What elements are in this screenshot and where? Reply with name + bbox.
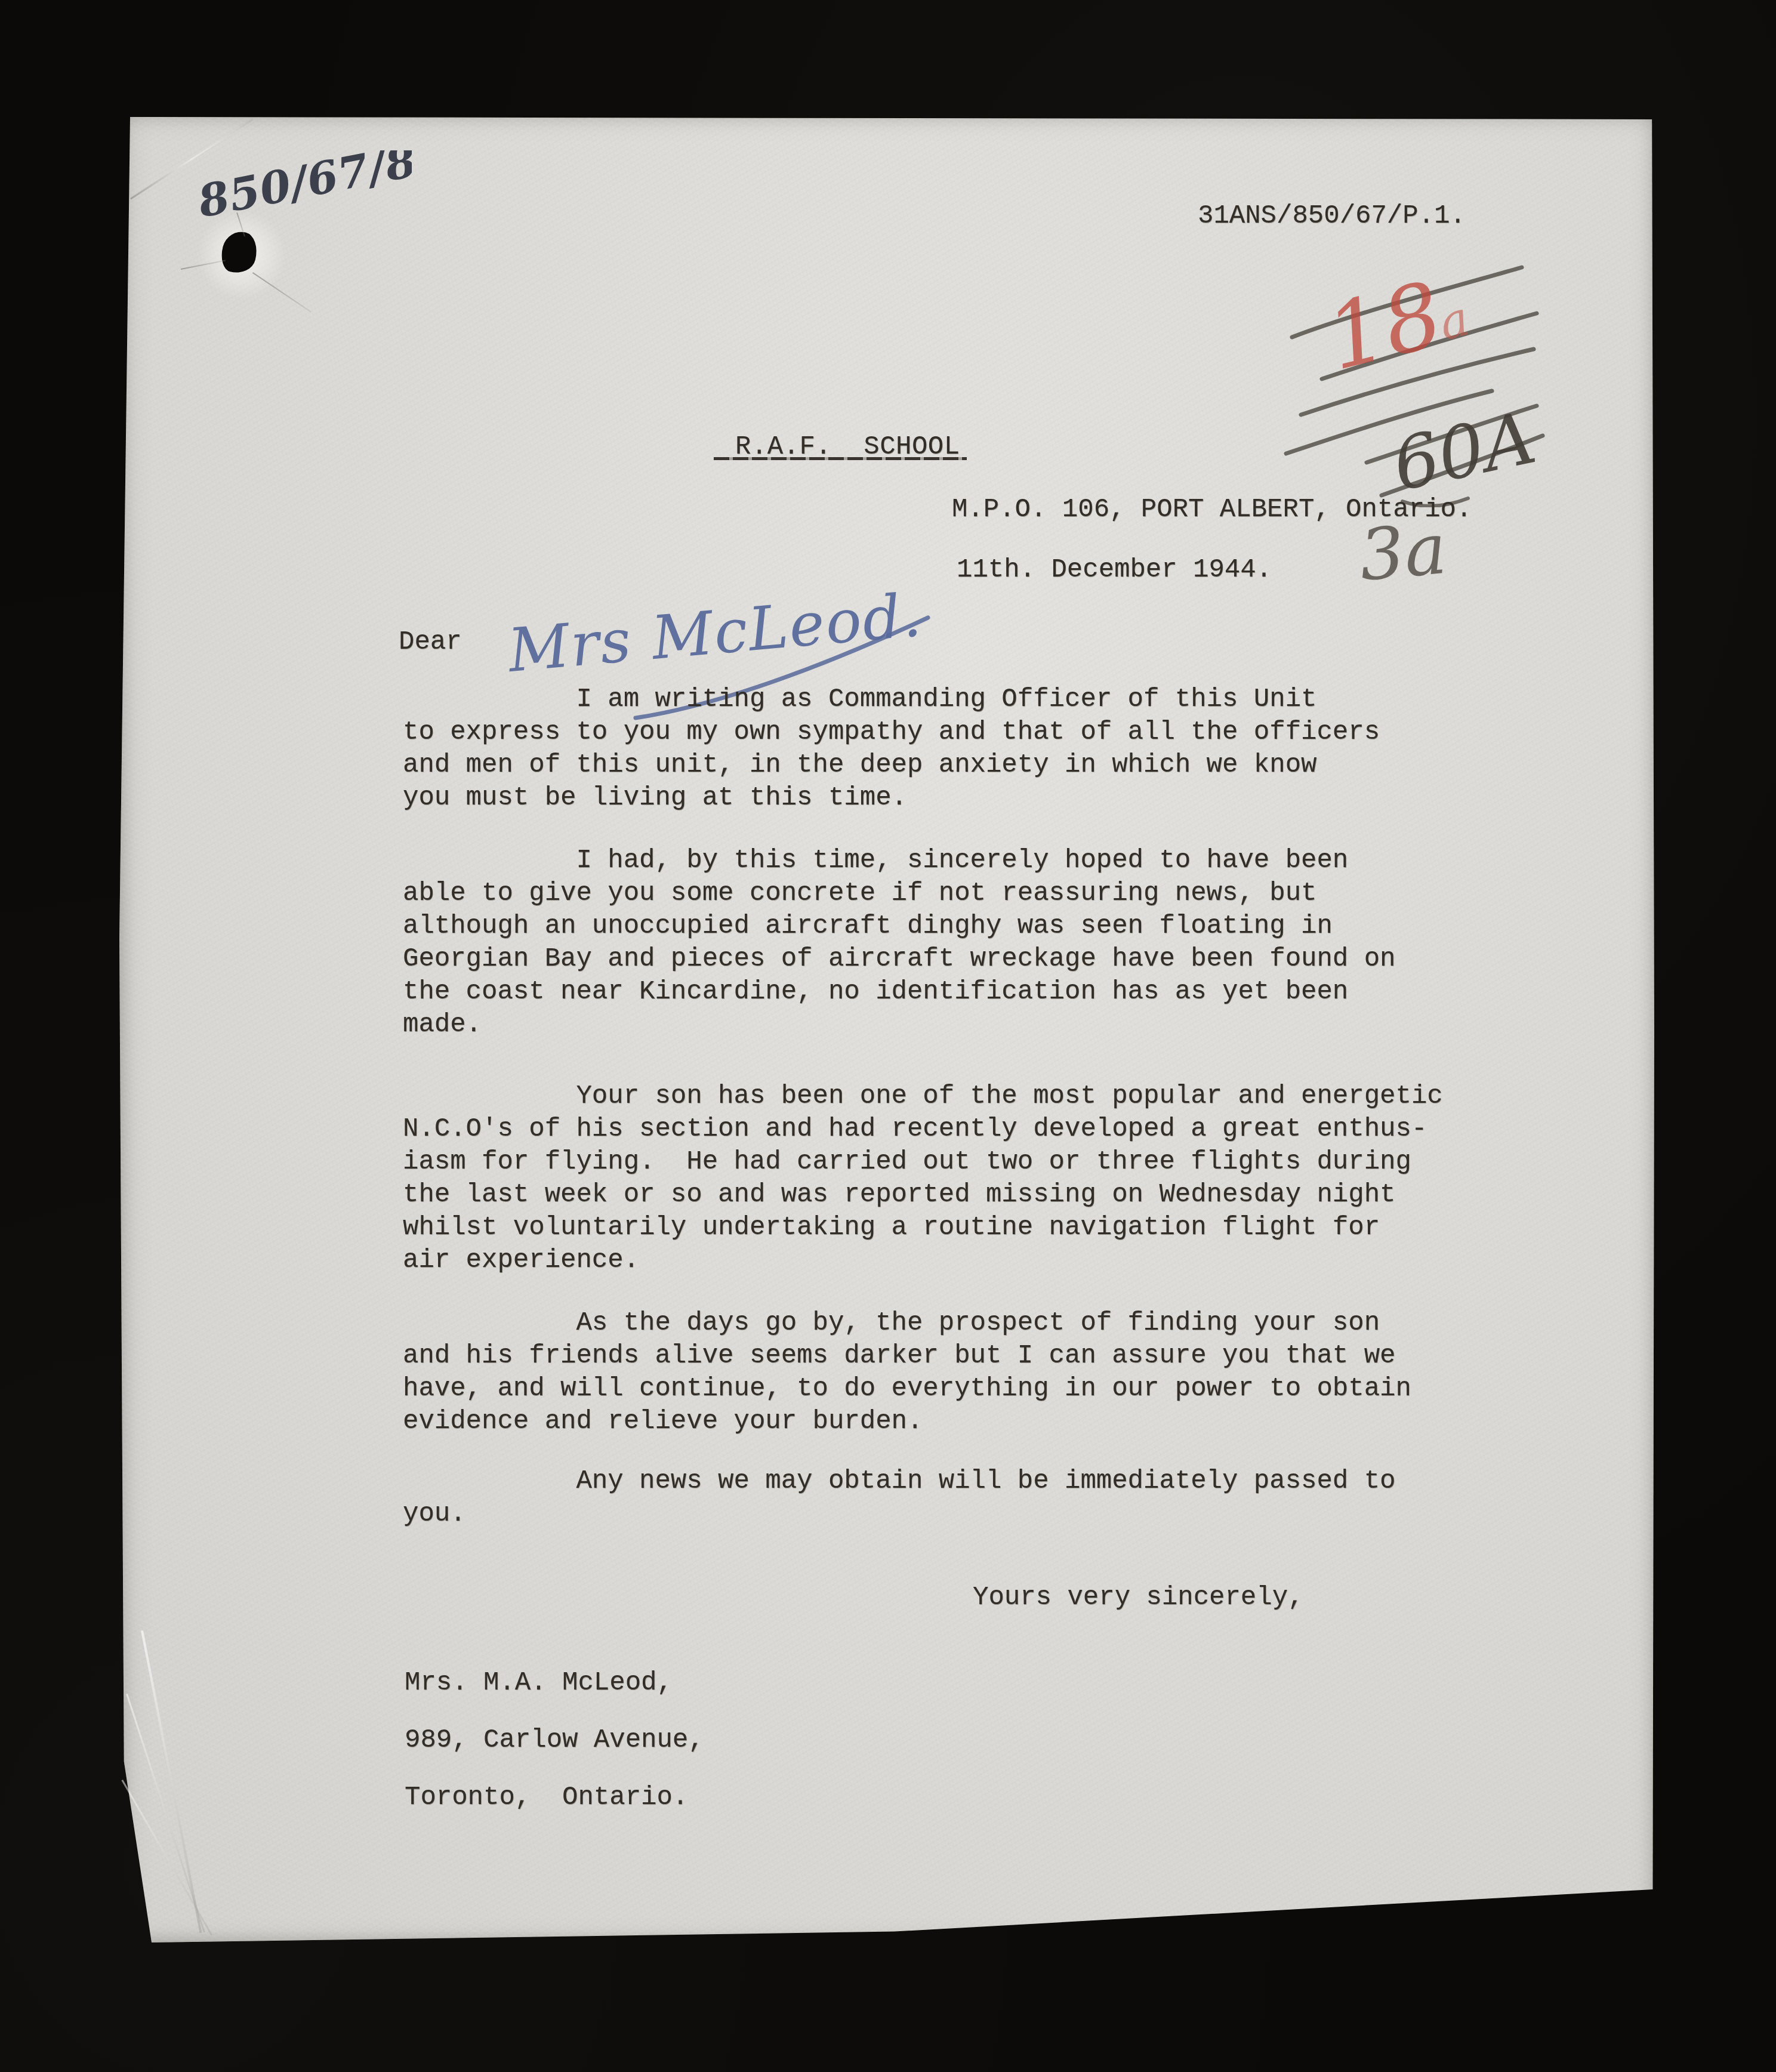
salutation-prefix: Dear <box>399 626 462 659</box>
handwritten-file-ref: 850/67/81. <box>197 150 412 246</box>
crossed-out-pencil-scribble: 18 a 60A <box>1265 257 1558 507</box>
date-line: 11th. December 1944. <box>957 554 1272 587</box>
page-marker: 3a <box>1355 507 1474 609</box>
letterhead-underline <box>714 457 967 460</box>
red-crossed-out-number: 18 <box>1317 263 1453 391</box>
paragraph-5: Any news we may obtain will be immediate… <box>403 1465 1395 1531</box>
paragraph-3: Your son has been one of the most popula… <box>403 1080 1443 1277</box>
paragraph-1: I am writing as Commanding Officer of th… <box>403 683 1380 815</box>
handwritten-salutation-text: Mrs McLeod. <box>504 580 925 686</box>
recipient-address: Mrs. M.A. McLeod, 989, Carlow Avenue, To… <box>405 1654 704 1826</box>
handwritten-file-ref-text: 850/67/81. <box>197 150 412 228</box>
paragraph-2: I had, by this time, sincerely hoped to … <box>403 844 1395 1041</box>
closing-line: Yours very sincerely, <box>973 1581 1304 1614</box>
document-photo: { "photo": { "background_color": "#0b0a0… <box>0 0 1776 2072</box>
page-marker-text: 3a <box>1356 507 1450 597</box>
paragraph-4: As the days go by, the prospect of findi… <box>403 1307 1411 1438</box>
file-reference: 31ANS/850/67/P.1. <box>1198 200 1466 233</box>
